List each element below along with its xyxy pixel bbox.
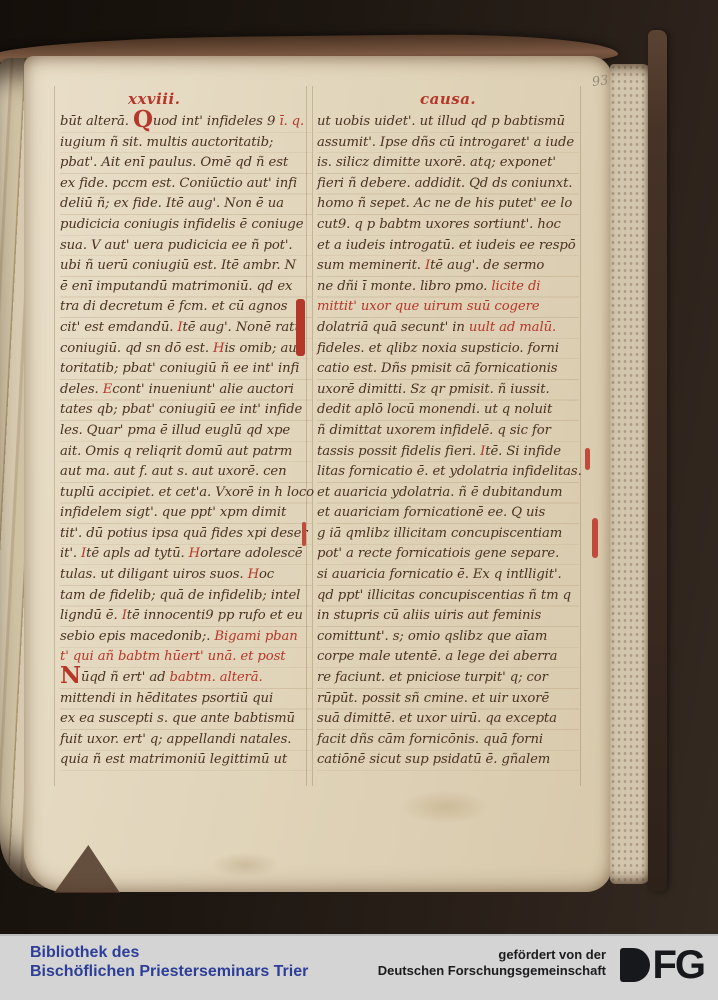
library-name-line2: Bischöflichen Priesterseminars Trier xyxy=(30,962,308,981)
rubric-header-causa: causa. xyxy=(420,90,476,108)
manuscript-text-line: les. Quar' pma ē illud euglū qd xpe xyxy=(60,421,312,442)
manuscript-text-line: mittendi in hēditates psortiū qui xyxy=(60,689,312,710)
ruling-line-vertical xyxy=(54,86,55,786)
manuscript-text-line: deles. Econt' inueniunt' alie auctori xyxy=(60,380,312,401)
manuscript-text-line: sum meminerit. Itē aug'. de sermo xyxy=(317,256,579,277)
manuscript-text-line: facit dñs cām fornicōnis. quā forni xyxy=(317,730,579,751)
book-fore-edge xyxy=(610,64,652,884)
manuscript-text-line: rūpūt. possit sñ cmine. et uir uxorē xyxy=(317,689,579,710)
dfg-logo-d-icon xyxy=(620,948,650,982)
manuscript-text-line: re faciunt. et pniciose turpit' q; cor xyxy=(317,668,579,689)
rubric-paragraph-mark xyxy=(585,448,590,470)
manuscript-text-line: suā dimittē. et uxor uirū. qa excepta xyxy=(317,709,579,730)
manuscript-text-line: tra di decretum ē fcm. et cū agnos xyxy=(60,297,312,318)
manuscript-text-line: corpe male utentē. a lege dei aberra xyxy=(317,647,579,668)
folio-number-pencil: 93 xyxy=(591,73,609,90)
manuscript-text-line: g iā qmlibz illicitam concupiscentiam xyxy=(317,524,579,545)
manuscript-text-line: ex ea suscepti s. que ante babtismū xyxy=(60,709,312,730)
manuscript-text-line: it'. Itē apls ad tytū. Hortare adolescē xyxy=(60,544,312,565)
manuscript-text-line: assumit'. Ipse dñs cū introgaret' a iude xyxy=(317,133,579,154)
manuscript-text-line: tam de fidelib; quā de infidelib; intel xyxy=(60,586,312,607)
library-name: Bibliothek des Bischöflichen Priestersem… xyxy=(30,943,308,981)
manuscript-text-line: comittunt'. s; omio qslibz que aīam xyxy=(317,627,579,648)
manuscript-text-line: ligndū ē. Itē innocenti9 pp rufo et eu xyxy=(60,606,312,627)
manuscript-text-line: pbat'. Ait enī paulus. Omē qd ñ est xyxy=(60,153,312,174)
text-column-right: ut uobis uidet'. ut illud qd p babtismūa… xyxy=(317,112,579,771)
manuscript-text-line: in stupris cū aliis uiris aut feminis xyxy=(317,606,579,627)
manuscript-text-line: fideles. et qlibz noxia supsticio. forni xyxy=(317,339,579,360)
funding-credit: gefördert von der Deutschen Forschungsge… xyxy=(378,947,606,979)
manuscript-text-line: tulas. ut diligant uiros suos. Hoc xyxy=(60,565,312,586)
manuscript-text-line: homo ñ sepet. Ac ne de his putet' ee lo xyxy=(317,194,579,215)
manuscript-text-line: sebio epis macedonib;. Bigami pban xyxy=(60,627,312,648)
footer-bar: Bibliothek des Bischöflichen Priestersem… xyxy=(0,934,718,1000)
manuscript-text-line: tassis possit fidelis fieri. Itē. Si inf… xyxy=(317,442,579,463)
manuscript-text-line: is. silicz dimitte uxorē. atq; exponet' xyxy=(317,153,579,174)
manuscript-text-line: dedit aplō locū monendi. ut q noluit xyxy=(317,400,579,421)
manuscript-text-line: et a iudeis introgatū. et iudeis ee resp… xyxy=(317,236,579,257)
library-name-line1: Bibliothek des xyxy=(30,943,308,962)
manuscript-text-line: būt alterā. Quod int' infideles 9 ī. q. xyxy=(60,112,312,133)
manuscript-text-line: ne dñi ī monte. libro pmo. licite di xyxy=(317,277,579,298)
manuscript-text-line: fuit uxor. ert' q; appellandi natales. xyxy=(60,730,312,751)
manuscript-text-line: ut uobis uidet'. ut illud qd p babtismū xyxy=(317,112,579,133)
ruling-line-vertical xyxy=(312,86,313,786)
manuscript-text-line: uxorē dimitti. Sz qr pmisit. ñ iussit. xyxy=(317,380,579,401)
manuscript-text-line: infidelem sigt'. que ppt' xpm dimit xyxy=(60,503,312,524)
manuscript-text-line: si auaricia fornicatio ē. Ex q intlligit… xyxy=(317,565,579,586)
manuscript-text-line: deliū ñ; ex fide. Itē aug'. Non ē ua xyxy=(60,194,312,215)
manuscript-text-line: ñ dimittat uxorem infidelē. q sic for xyxy=(317,421,579,442)
illuminated-initial-i xyxy=(296,299,305,356)
dfg-logo: FG xyxy=(620,945,704,985)
manuscript-text-line: tit'. dū potius ipsa quā fides xpi deser xyxy=(60,524,312,545)
manuscript-text-line: sua. V aut' uera pudicicia ee ñ pot'. xyxy=(60,236,312,257)
manuscript-text-line: cit' est emdandū. Itē aug'. Nonē ratū xyxy=(60,318,312,339)
manuscript-text-line: qd ppt' illicitas concupiscentias ñ tm q xyxy=(317,586,579,607)
ruling-line-vertical xyxy=(580,86,581,786)
funding-line2: Deutschen Forschungsgemeinschaft xyxy=(378,963,606,979)
manuscript-text-line: mittit' uxor que uirum suū cogere xyxy=(317,297,579,318)
manuscript-text-line: tates qb; pbat' coniugiū ee int' infide xyxy=(60,400,312,421)
manuscript-text-line: t' qui añ babtm hūert' unā. et post xyxy=(60,647,312,668)
manuscript-text-line: ex fide. pccm est. Coniūctio aut' infi xyxy=(60,174,312,195)
manuscript-text-line: litas fornicatio ē. et ydolatria infidel… xyxy=(317,462,579,483)
manuscript-text-line: dolatriā quā secunt' in uult ad malū. xyxy=(317,318,579,339)
manuscript-text-line: ē enī imputandū matrimoniū. qd ex xyxy=(60,277,312,298)
manuscript-text-line: quia ñ est matrimoniū legittimū ut xyxy=(60,750,312,771)
manuscript-text-line: pot' a recte fornicatiois gene separe. xyxy=(317,544,579,565)
manuscript-text-line: ait. Omis q reliqrit domū aut patrm xyxy=(60,442,312,463)
book-cover-edge xyxy=(648,30,667,892)
manuscript-text-line: coniugiū. qd sn dō est. His omib; auc xyxy=(60,339,312,360)
rubric-paragraph-mark xyxy=(302,522,306,546)
text-column-left: būt alterā. Quod int' infideles 9 ī. q.i… xyxy=(60,112,312,771)
manuscript-text-line: cut9. q p babtm uxores sortiunt'. hoc xyxy=(317,215,579,236)
manuscript-text-line: ubi ñ uerū coniugiū est. Itē ambr. N xyxy=(60,256,312,277)
manuscript-text-line: tuplū accipiet. et cet'a. Vxorē in h loc… xyxy=(60,483,312,504)
funding-line1: gefördert von der xyxy=(378,947,606,963)
manuscript-text-line: pudicicia coniugis infidelis ē coniuge xyxy=(60,215,312,236)
manuscript-text-line: et auariciam fornicationē ee. Q uis xyxy=(317,503,579,524)
manuscript-photograph: xxviii. causa. 93 būt alterā. Quod int' … xyxy=(0,0,718,936)
manuscript-text-line: toritatib; pbat' coniugiū ñ ee int' infi xyxy=(60,359,312,380)
manuscript-text-line: et auaricia ydolatria. ñ ē dubitandum xyxy=(317,483,579,504)
manuscript-text-line: iugium ñ sit. multis auctoritatib; xyxy=(60,133,312,154)
manuscript-text-line: fieri ñ debere. addidit. Qd ds coniunxt. xyxy=(317,174,579,195)
manuscript-text-line: catio est. Dñs pmisit cā fornicationis xyxy=(317,359,579,380)
rubric-paragraph-mark xyxy=(592,518,598,558)
manuscript-text-line: aut ma. aut f. aut s. aut uxorē. cen xyxy=(60,462,312,483)
dfg-logo-letters: FG xyxy=(652,948,704,982)
manuscript-text-line: Nūqd ñ ert' ad babtm. alterā. xyxy=(60,668,312,689)
manuscript-text-line: catiōnē sicut sup psidatū ē. gñalem xyxy=(317,750,579,771)
